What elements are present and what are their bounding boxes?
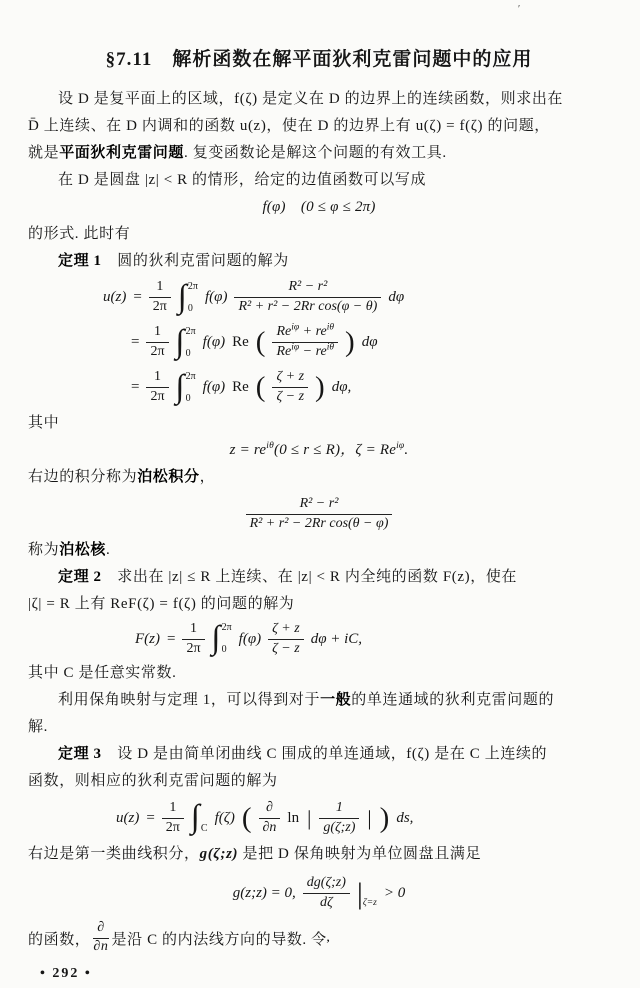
text-run: 就是 [28,145,59,161]
theorem2-text-line2: |ζ| = R 上有 ReF(ζ) = f(ζ) 的问题的解为 [28,591,610,618]
ln-operator: ln [287,810,299,827]
theorem2-text: 求出在 |z| ≤ R 上连续、在 |z| < R 内全纯的函数 F(z)，使在 [102,569,517,585]
paragraph-poisson-kernel: 称为泊松核. [28,537,610,564]
lhs-F: F(z) [135,631,160,648]
page-number: • 292 • [40,962,610,986]
paragraph-conformal: 利用保角映射与定理 1，可以得到对于一般的单连通域的狄利克雷问题的 [28,687,610,714]
fraction-dg: dg(ζ;z)dζ [303,875,350,912]
inline-fraction-normal: ∂∂n [93,920,108,956]
equals-sign: = [133,289,141,306]
equals-sign: = [131,379,139,396]
formula-F: F(z) = 12π ∫2π0 f(φ) ζ + zζ − z dφ + iC, [135,618,610,660]
re-operator: Re [232,379,249,396]
differential: dφ [362,334,378,351]
lhs-u: u(z) [103,289,126,306]
left-paren: ( [256,373,266,402]
right-paren: ) [380,804,390,833]
abs-bar-left: | [307,808,311,829]
integral-icon: ∫2π0 [178,282,198,314]
theorem1-heading: 定理 1 圆的狄利克雷问题的解为 [28,248,610,275]
integrand-f: f(φ) [205,289,227,306]
section-title: §7.11 解析函数在解平面狄利克雷问题中的应用 [28,46,610,74]
differential: dφ [388,289,404,306]
fraction-normal-derivative: ∂∂n [259,800,281,837]
emphasis-dirichlet-problem: 平面狄利克雷问题 [59,145,184,161]
fraction-1-over-g: 1g(ζ;z) [319,800,359,837]
paragraph-form: 的形式. 此时有 [28,221,610,248]
differential: dφ, [332,379,352,396]
formula-u-line2: = 12π ∫2π0 f(φ) Re ( Reiφ + reiθReiφ − r… [131,320,610,365]
paragraph-constant: 其中 C 是任意实常数. [28,660,610,687]
left-paren: ( [242,804,252,833]
formula-u-line1: u(z) = 12π ∫2π0 f(φ) R² − r²R² + r² − 2R… [103,275,610,320]
equals-sign: = [167,631,175,648]
formula-boundary-function: f(φ) (0 ≤ φ ≤ 2π) [28,194,610,221]
differential: dφ + iC, [311,631,362,648]
equals-sign: = [146,810,154,827]
integrand-f: f(φ) [203,379,225,396]
formula-z-zeta: z = reiθ(0 ≤ r ≤ R)，ζ = Reiφ. [28,437,610,464]
re-operator: Re [232,334,249,351]
theorem3-label: 定理 3 [58,746,102,762]
integral-icon: ∫2π0 [176,327,196,359]
g-equals-zero: g(z;z) = 0, [233,885,296,902]
paragraph-intro-line2: D̄ 上连续、在 D 内调和的函数 u(z)，使在 D 的边界上有 u(ζ) =… [28,113,610,140]
theorem2-label: 定理 2 [58,569,102,585]
paragraph-poisson-integral: 右边的积分称为泊松积分， [28,464,610,491]
emphasis-general: 一般 [320,692,351,708]
equals-sign: = [131,334,139,351]
paragraph-normal-direction: 的函数， ∂∂n 是沿 C 的内法线方向的导数. 令 , [28,918,610,958]
differential: ds, [396,810,413,827]
fraction-1-over-2pi: 12π [182,621,204,658]
paragraph-disk-case: 在 D 是圆盘 |z| < R 的情形，给定的边值函数可以写成 [28,167,610,194]
theorem1-text: 圆的狄利克雷问题的解为 [102,253,289,269]
theorem1-label: 定理 1 [58,253,102,269]
theorem3-heading: 定理 3 设 D 是由简单闭曲线 C 围成的单连通域，f(ζ) 是在 C 上连续… [28,741,610,768]
paragraph-solution: 解. [28,714,610,741]
greater-than-zero: > 0 [384,885,405,902]
paragraph-where: 其中 [28,410,610,437]
theorem3-text-line2: 函数，则相应的狄利克雷问题的解为 [28,768,610,795]
emphasis-poisson-kernel: 泊松核 [59,542,106,558]
integral-icon: ∫2π0 [212,623,232,655]
fraction-1-over-2pi: 12π [146,369,168,406]
fraction-1-over-2pi: 12π [146,324,168,361]
scanned-book-page: ′ §7.11 解析函数在解平面狄利克雷问题中的应用 设 D 是复平面上的区域，… [0,0,640,988]
fraction-zeta: ζ + zζ − z [272,369,308,406]
right-paren: ) [315,373,325,402]
abs-bar-right: | [367,808,371,829]
text-run: . 复变函数论是解这个问题的有效工具. [184,145,447,161]
formula-poisson-kernel: R² − r²R² + r² − 2Rr cos(θ − φ) [28,491,610,537]
ink-dot: , [327,932,330,944]
integrand-f: f(φ) [239,631,261,648]
fraction-1-over-2pi: 12π [162,800,184,837]
formula-u-contour: u(z) = 12π ∫C f(ζ) ( ∂∂n ln | 1g(ζ;z) | … [116,795,610,841]
scan-speck: ′ [518,4,520,15]
fraction-poisson: R² − r²R² + r² − 2Rr cos(φ − θ) [234,279,381,316]
integral-icon: ∫2π0 [176,372,196,404]
fraction-exponentials: Reiφ + reiθReiφ − reiθ [272,324,338,361]
evaluation-bar: |ζ=z [357,880,377,907]
fraction-1-over-2pi: 12π [149,279,171,316]
contour-integral-icon: ∫C [191,802,208,834]
paragraph-intro-line1: 设 D 是复平面上的区域，f(ζ) 是定义在 D 的边界上的连续函数，则求出在 [28,86,610,113]
left-paren: ( [256,328,266,357]
integrand-f: f(φ) [203,334,225,351]
fraction-zeta: ζ + zζ − z [268,621,304,658]
emphasis-poisson-integral: 泊松积分 [137,469,199,485]
paragraph-line-integral: 右边是第一类曲线积分，g(ζ;z) 是把 D 保角映射为单位圆盘且满足 [28,841,610,868]
formula-g-conditions: g(z;z) = 0, dg(ζ;z)dζ |ζ=z > 0 [28,868,610,918]
right-paren: ) [345,328,355,357]
theorem3-text: 设 D 是由简单闭曲线 C 围成的单连通域，f(ζ) 是在 C 上连续的 [102,746,548,762]
paragraph-intro-line3: 就是平面狄利克雷问题. 复变函数论是解这个问题的有效工具. [28,140,610,167]
emphasis-g-function: g(ζ;z) [200,846,239,862]
integrand-f: f(ζ) [215,810,235,827]
theorem2-heading: 定理 2 求出在 |z| ≤ R 上连续、在 |z| < R 内全纯的函数 F(… [28,564,610,591]
formula-u-line3: = 12π ∫2π0 f(φ) Re ( ζ + zζ − z ) dφ, [131,365,610,410]
lhs-u: u(z) [116,810,139,827]
